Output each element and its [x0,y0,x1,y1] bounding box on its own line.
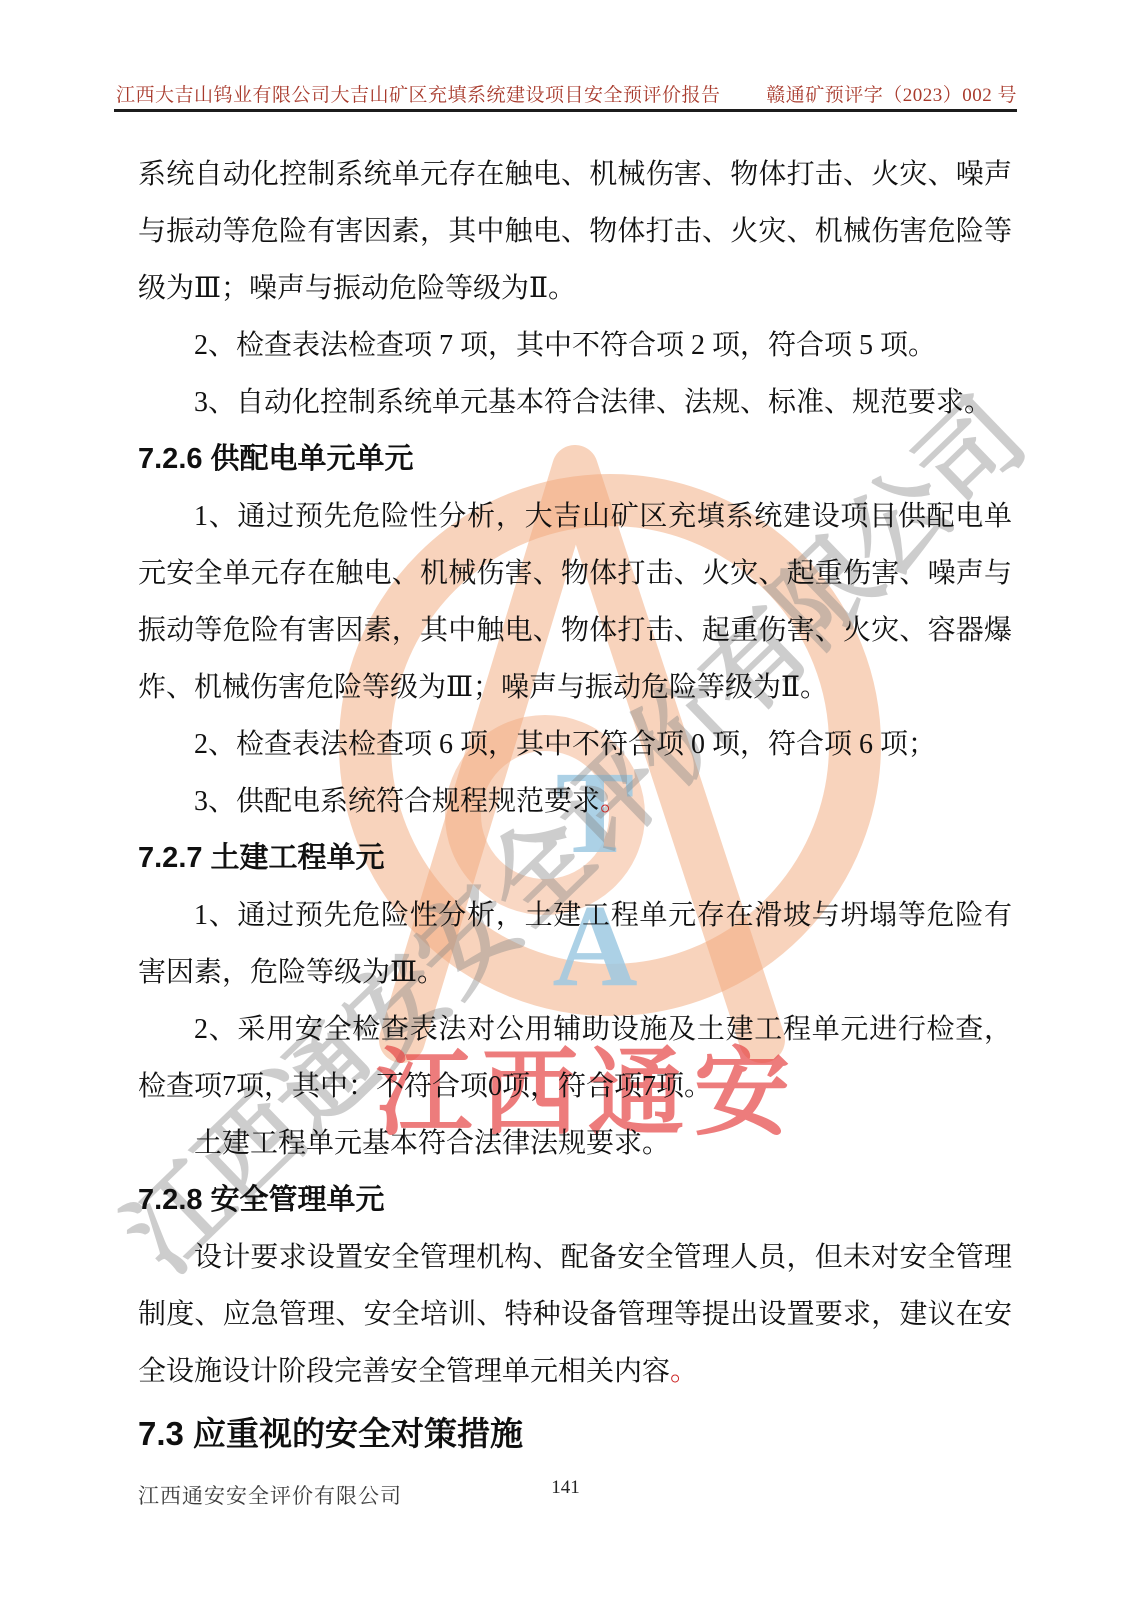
text-run: 土建工程单元基本符合法律法规要求。 [194,1128,670,1159]
text-run: 2、采用安全检查表法对公用辅助设施及土建工程单元进行检查，检查项7项，其中：不符… [138,1014,1012,1102]
text-run: 2、检查表法检查项 7 项，其中不符合项 2 项，符合项 5 项。 [194,330,936,361]
text-run: 1、通过预先危险性分析，土建工程单元存在滑坡与坍塌等危险有害因素，危险等级为Ⅲ。 [138,900,1012,988]
header-report-title: 江西大吉山钨业有限公司大吉山矿区充填系统建设项目安全预评价报告 [116,80,721,107]
paragraph: 设计要求设置安全管理机构、配备安全管理人员，但未对安全管理制度、应急管理、安全培… [138,1229,1012,1400]
paragraph: 3、供配电系统符合规程规范要求。 [138,773,1012,830]
section-heading: 7.2.8 安全管理单元 [138,1172,1012,1229]
red-period: 。 [600,786,628,817]
text-run: 2、检查表法检查项 6 项，其中不符合项 0 项，符合项 6 项； [194,729,936,760]
text-run: 7.3 应重视的安全对策措施 [138,1415,523,1452]
text-run: 7.2.6 供配电单元单元 [138,443,414,475]
paragraph: 1、通过预先危险性分析，大吉山矿区充填系统建设项目供配电单元安全单元存在触电、机… [138,488,1012,716]
page-number: 141 [0,1477,1131,1499]
paragraph: 3、自动化控制系统单元基本符合法律、法规、标准、规范要求。 [138,374,1012,431]
text-run: 3、供配电系统符合规程规范要求 [194,786,600,817]
text-run: 3、自动化控制系统单元基本符合法律、法规、标准、规范要求。 [194,387,992,418]
red-period: 。 [670,1356,698,1387]
text-run: 设计要求设置安全管理机构、配备安全管理人员，但未对安全管理制度、应急管理、安全培… [138,1242,1012,1387]
text-run: 系统自动化控制系统单元存在触电、机械伤害、物体打击、火灾、噪声与振动等危险有害因… [138,159,1012,304]
paragraph: 2、采用安全检查表法对公用辅助设施及土建工程单元进行检查，检查项7项，其中：不符… [138,1001,1012,1115]
text-run: 7.2.7 土建工程单元 [138,842,385,874]
header-divider [114,109,1017,112]
report-page: T A 江西通安安全评价有限公司 江西通安 江西大吉山钨业有限公司大吉山矿区充填… [0,0,1131,1600]
section-heading: 7.3 应重视的安全对策措施 [138,1400,1012,1462]
paragraph: 系统自动化控制系统单元存在触电、机械伤害、物体打击、火灾、噪声与振动等危险有害因… [138,146,1012,317]
section-heading: 7.2.7 土建工程单元 [138,830,1012,887]
paragraph: 2、检查表法检查项 7 项，其中不符合项 2 项，符合项 5 项。 [138,317,1012,374]
document-body: 系统自动化控制系统单元存在触电、机械伤害、物体打击、火灾、噪声与振动等危险有害因… [138,146,1012,1462]
text-run: 1、通过预先危险性分析，大吉山矿区充填系统建设项目供配电单元安全单元存在触电、机… [138,501,1012,703]
header-doc-number: 赣通矿预评字（2023）002 号 [766,80,1017,107]
paragraph: 1、通过预先危险性分析，土建工程单元存在滑坡与坍塌等危险有害因素，危险等级为Ⅲ。 [138,887,1012,1001]
text-run: 7.2.8 安全管理单元 [138,1184,385,1216]
section-heading: 7.2.6 供配电单元单元 [138,431,1012,488]
page-header: 江西大吉山钨业有限公司大吉山矿区充填系统建设项目安全预评价报告 赣通矿预评字（2… [116,80,1017,107]
paragraph: 2、检查表法检查项 6 项，其中不符合项 0 项，符合项 6 项； [138,716,1012,773]
paragraph: 土建工程单元基本符合法律法规要求。 [138,1115,1012,1172]
